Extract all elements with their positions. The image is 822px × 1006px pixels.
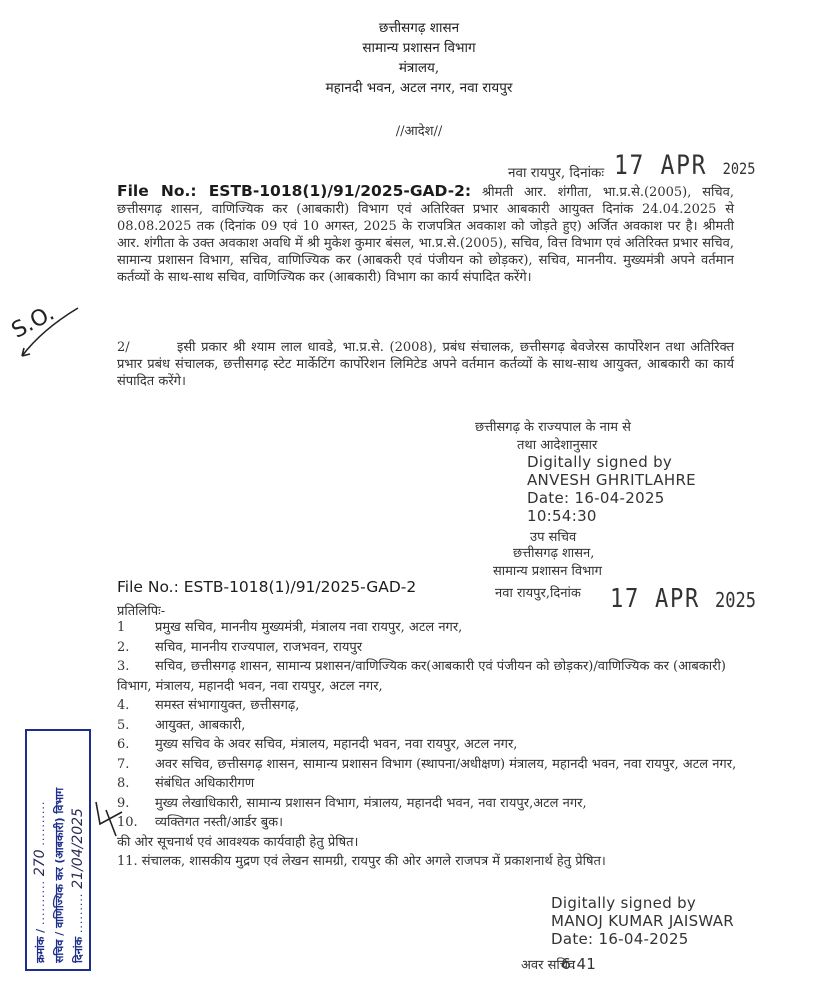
copy-file-number: File No.: ESTB-1018(1)/91/2025-GAD-2 <box>117 578 416 596</box>
copy-date-stamp: 17 APR 2025 <box>610 584 756 614</box>
list-item: 8.संबंधित अधिकारीगण <box>117 774 737 794</box>
list-item: 10.व्यक्तिगत नस्ती/आर्डर बुक। <box>117 813 737 833</box>
list-item-11: 11. संचालक, शासकीय मुद्रण एवं लेखन सामग्… <box>117 852 737 872</box>
signer-department: सामान्य प्रशासन विभाग <box>493 561 602 579</box>
list-item: 2.सचिव, माननीय राज्यपाल, राजभवन, रायपुर <box>117 638 737 658</box>
signature-date: Date: 16-04-2025 <box>527 489 696 507</box>
seal-department: सचिव / वाणिज्यिक कर (आबकारी) विभाग <box>50 737 69 963</box>
inward-register-stamp: क्रमांक / .......... 270 .......... सचिव… <box>25 729 91 971</box>
document-letterhead: छत्तीसगढ़ शासन सामान्य प्रशासन विभाग मंत… <box>0 18 822 98</box>
stamp-month: APR <box>661 150 708 181</box>
handwritten-tick-annotation <box>92 798 132 840</box>
signature-block-2: Digitally signed by MANOJ KUMAR JAISWAR … <box>551 894 734 948</box>
file-number: File No.: ESTB-1018(1)/91/2025-GAD-2: <box>117 182 471 200</box>
stamp-month: APR <box>655 584 700 614</box>
copy-heading: प्रतिलिपिः- <box>117 601 165 619</box>
paragraph-number: 2/ <box>117 339 177 356</box>
list-item: 5.आयुक्त, आबकारी, <box>117 716 737 736</box>
stamp-year: 2025 <box>723 159 756 178</box>
date-stamp: 17 APR 2025 <box>614 150 755 181</box>
list-item: 3.सचिव, छत्तीसगढ़ शासन, सामान्य प्रशासन/… <box>117 657 737 696</box>
letterhead-line: मंत्रालय, <box>8 58 822 78</box>
letterhead-line: सामान्य प्रशासन विभाग <box>8 38 822 58</box>
svg-text:S.O.: S.O. <box>8 301 59 344</box>
order-paragraph-1: File No.: ESTB-1018(1)/91/2025-GAD-2: श्… <box>117 183 734 286</box>
signer-designation-overlap: अवर सचिव6:41 <box>521 955 596 973</box>
digital-signature-line: Digitally signed by <box>551 894 734 912</box>
signature-block-1: छत्तीसगढ़ के राज्यपाल के नाम से तथा आदेश… <box>475 417 696 525</box>
stamp-year: 2025 <box>715 588 756 612</box>
list-item: 4.समस्त संभागायुक्त, छत्तीसगढ़, <box>117 696 737 716</box>
seal-serial-label: क्रमांक / <box>34 929 47 963</box>
signer-office: छत्तीसगढ़ शासन, <box>513 543 594 561</box>
letterhead-line: महानदी भवन, अटल नगर, नवा रायपुर <box>8 78 822 98</box>
signer-name: ANVESH GHRITLAHRE <box>527 471 696 489</box>
signature-date: Date: 16-04-2025 <box>551 930 734 948</box>
digital-signature-line: Digitally signed by <box>527 453 696 471</box>
authority-line: छत्तीसगढ़ के राज्यपाल के नाम से <box>475 417 696 435</box>
handwritten-so-annotation: S.O. <box>8 290 88 360</box>
list-item: 9.मुख्य लेखाधिकारी, सामान्य प्रशासन विभा… <box>117 794 737 814</box>
order-date-label: नवा रायपुर, दिनांकः <box>508 163 604 181</box>
seal-serial-value: 270 <box>32 849 48 876</box>
signature-time: 10:54:30 <box>527 507 696 525</box>
authority-line: तथा आदेशानुसार <box>517 435 696 453</box>
list-item: 6.मुख्य सचिव के अवर सचिव, मंत्रालय, महान… <box>117 735 737 755</box>
signer-name: MANOJ KUMAR JAISWAR <box>551 912 734 930</box>
order-title: //आदेश// <box>8 121 822 139</box>
copy-date-label: नवा रायपुर,दिनांक <box>495 583 581 601</box>
forward-note: की ओर सूचनार्थ एवं आवश्यक कार्यवाही हेतु… <box>117 833 737 853</box>
order-paragraph-2: 2/इसी प्रकार श्री श्याम लाल धावडे, भा.प्… <box>117 339 734 390</box>
seal-date-label: दिनांक <box>72 937 85 963</box>
copy-recipient-list: 1प्रमुख सचिव, माननीय मुख्यमंत्री, मंत्रा… <box>117 618 737 872</box>
list-item: 1प्रमुख सचिव, माननीय मुख्यमंत्री, मंत्रा… <box>117 618 737 638</box>
paragraph-text: इसी प्रकार श्री श्याम लाल धावडे, भा.प्र.… <box>117 340 734 389</box>
list-item: 7.अवर सचिव, छत्तीसगढ़ शासन, सामान्य प्रश… <box>117 755 737 775</box>
stamp-day: 17 <box>614 150 645 181</box>
letterhead-line: छत्तीसगढ़ शासन <box>8 18 822 38</box>
seal-date-value: 21/04/2025 <box>70 808 86 889</box>
paragraph-text: श्रीमती आर. शंगीता, भा.प्र.से.(2005), सच… <box>117 185 734 285</box>
stamp-day: 17 <box>610 584 640 614</box>
